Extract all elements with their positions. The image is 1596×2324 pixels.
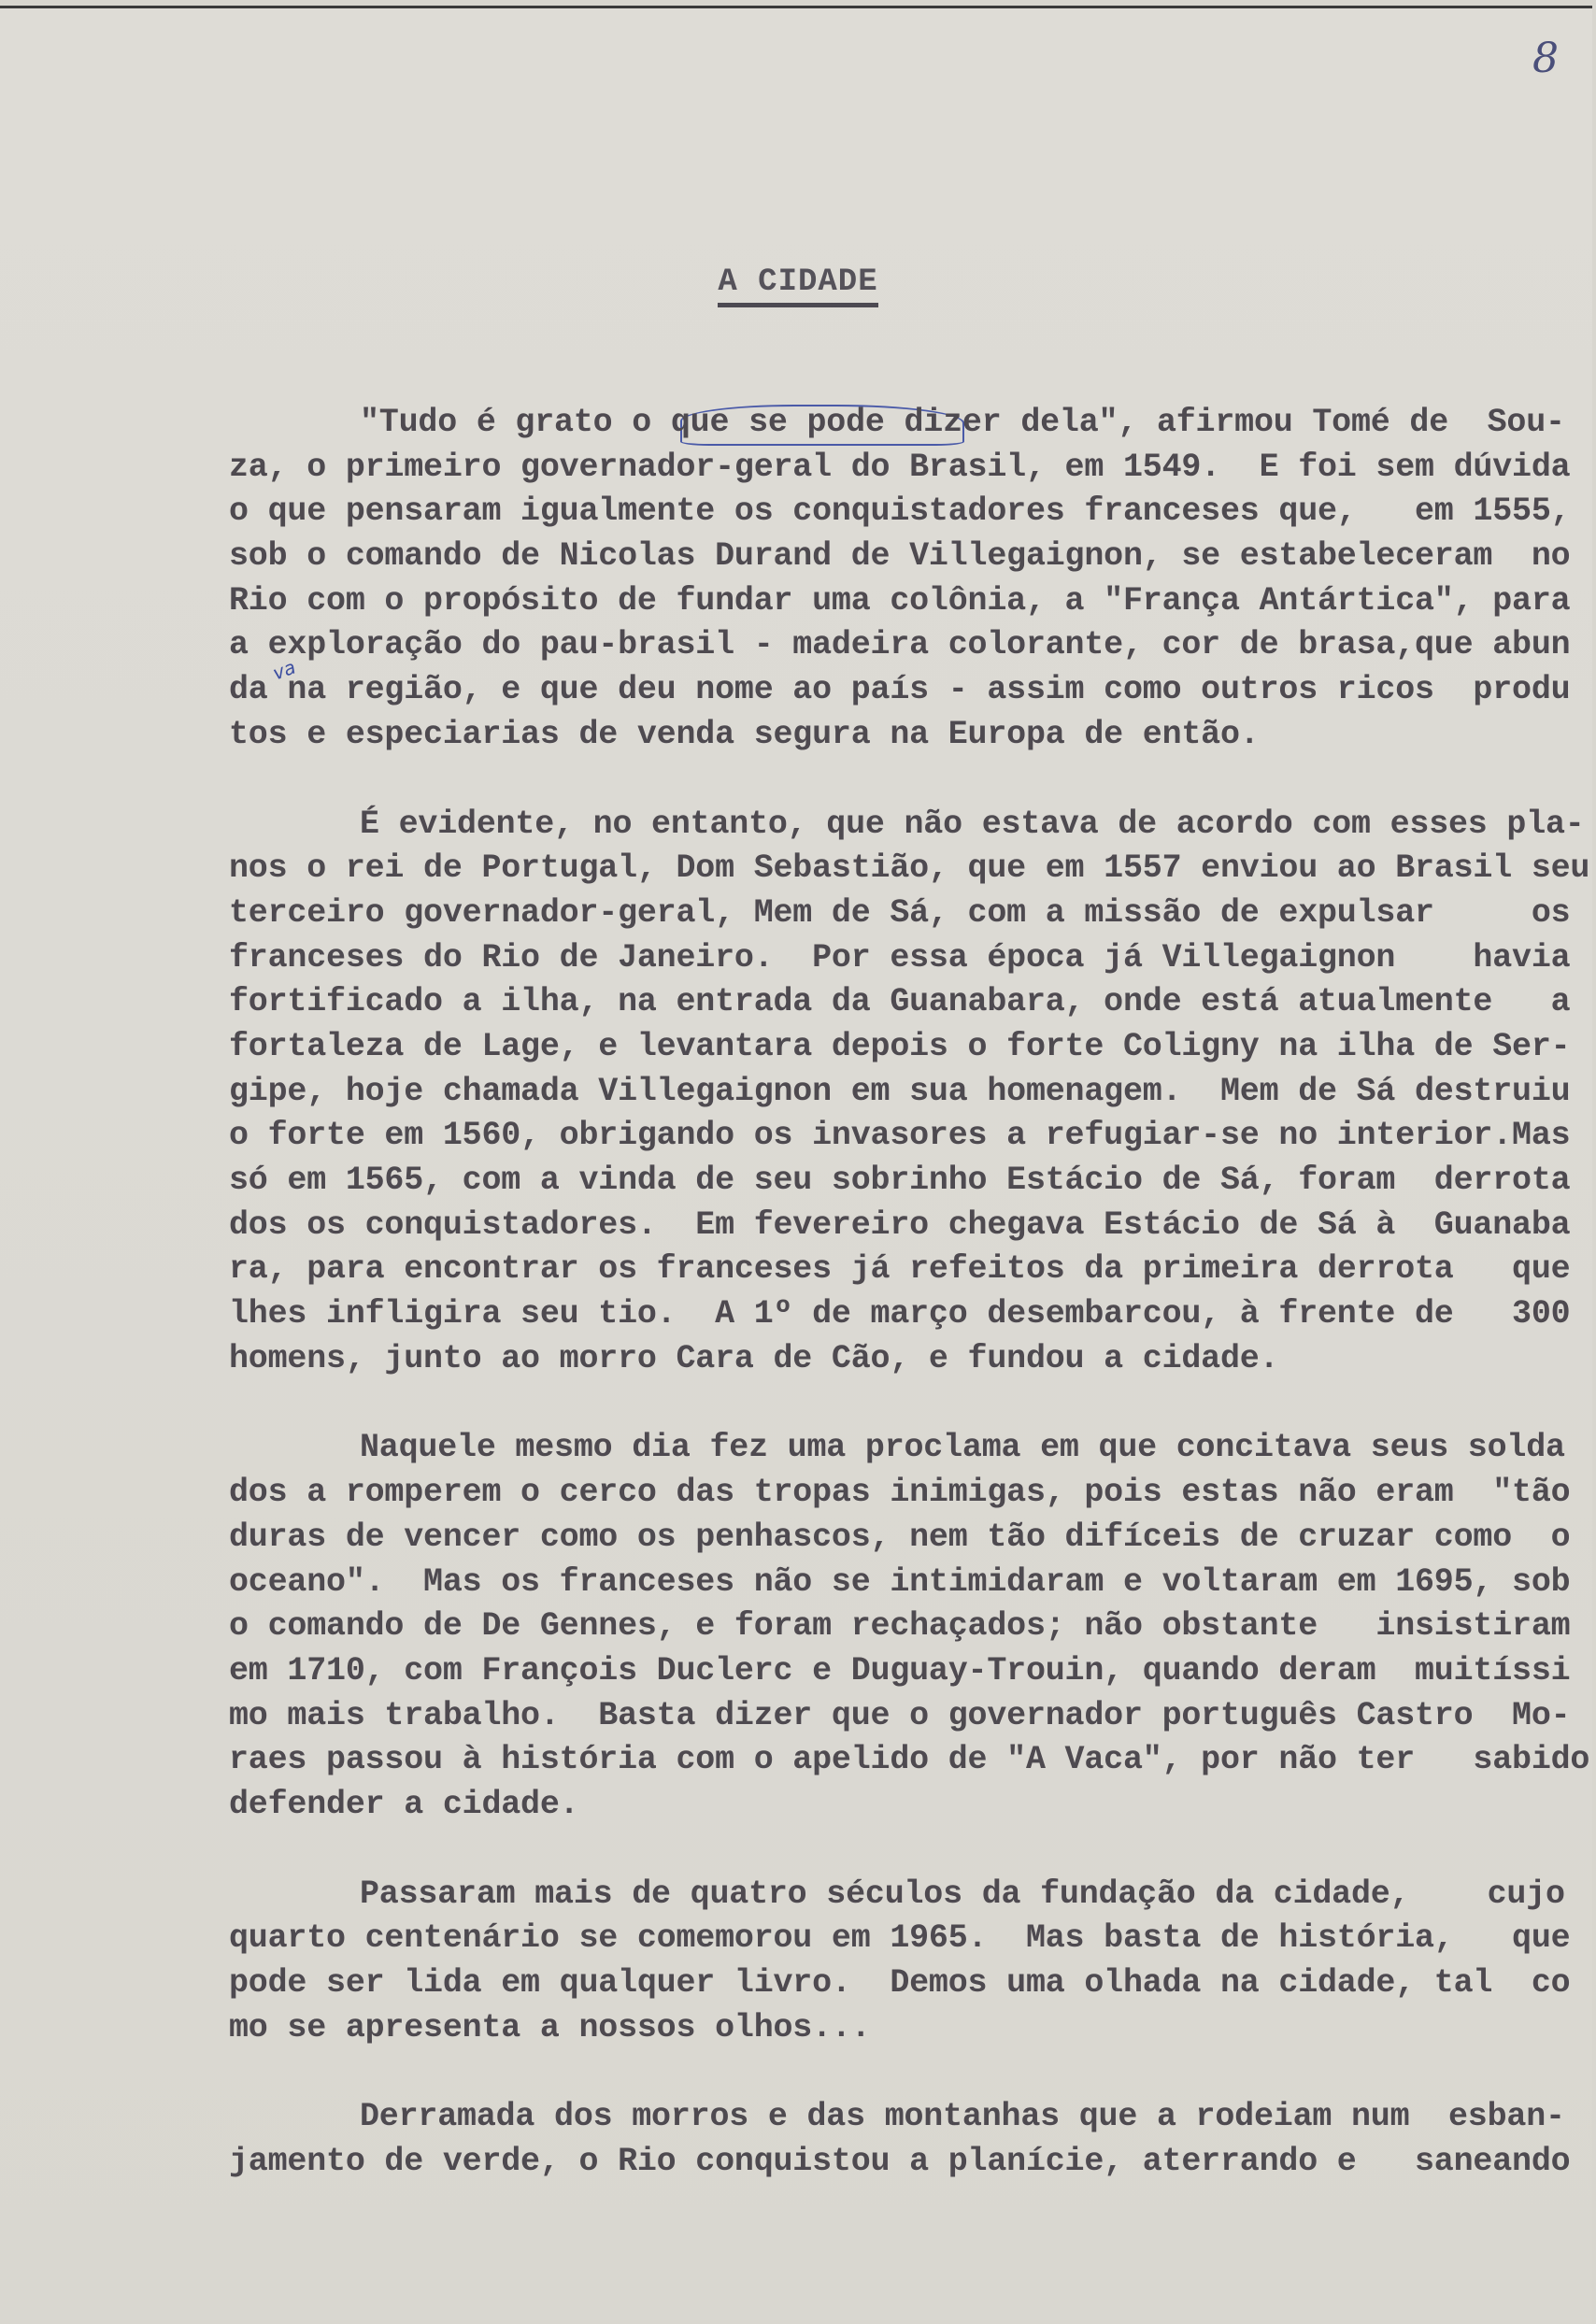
document-page: 8 A CIDADE va "Tudo é grato o que se pod… <box>0 6 1592 2323</box>
text-line: homens, junto ao morro Cara de Cão, e fu… <box>229 1337 1518 1382</box>
text-line: Passaram mais de quatro séculos da funda… <box>229 1873 1518 1918</box>
text-line: gipe, hoje chamada Villegaignon em sua h… <box>229 1070 1518 1115</box>
paragraph-3: Naquele mesmo dia fez uma proclama em qu… <box>229 1426 1518 1827</box>
text-line: tos e especiarias de venda segura na Eur… <box>229 713 1518 758</box>
text-line: em 1710, com François Duclerc e Duguay-T… <box>229 1649 1518 1694</box>
text-line: defender a cidade. <box>229 1783 1518 1828</box>
text-line: mo mais trabalho. Basta dizer que o gove… <box>229 1694 1518 1739</box>
text-line: fortaleza de Lage, e levantara depois o … <box>229 1025 1518 1070</box>
text-line: jamento de verde, o Rio conquistou a pla… <box>229 2140 1518 2185</box>
paragraph-1: "Tudo é grato o que se pode dizer dela",… <box>229 401 1518 758</box>
text-line: dos os conquistadores. Em fevereiro cheg… <box>229 1204 1518 1248</box>
text-line: a exploração do pau-brasil - madeira col… <box>229 623 1518 668</box>
paragraph-4: Passaram mais de quatro séculos da funda… <box>229 1873 1518 2051</box>
page-title: A CIDADE <box>0 264 1596 300</box>
document-body: "Tudo é grato o que se pode dizer dela",… <box>229 401 1518 2230</box>
text-line: oceano". Mas os franceses não se intimid… <box>229 1561 1518 1605</box>
text-line: da na região, e que deu nome ao país - a… <box>229 668 1518 713</box>
text-line: Derramada dos morros e das montanhas que… <box>229 2095 1518 2140</box>
text-line: Naquele mesmo dia fez uma proclama em qu… <box>229 1426 1518 1471</box>
text-line: mo se apresenta a nossos olhos... <box>229 2006 1518 2051</box>
text-line: quarto centenário se comemorou em 1965. … <box>229 1917 1518 1961</box>
paragraph-5: Derramada dos morros e das montanhas que… <box>229 2095 1518 2184</box>
text-line: É evidente, no entanto, que não estava d… <box>229 803 1518 848</box>
text-line: franceses do Rio de Janeiro. Por essa ép… <box>229 936 1518 981</box>
paragraph-2: É evidente, no entanto, que não estava d… <box>229 803 1518 1382</box>
text-line: fortificado a ilha, na entrada da Guanab… <box>229 980 1518 1025</box>
text-line: só em 1565, com a vinda de seu sobrinho … <box>229 1159 1518 1204</box>
text-line: duras de vencer como os penhascos, nem t… <box>229 1516 1518 1561</box>
text-line: Rio com o propósito de fundar uma colôni… <box>229 579 1518 624</box>
text-line: o que pensaram igualmente os conquistado… <box>229 490 1518 535</box>
text-line: raes passou à história com o apelido de … <box>229 1738 1518 1783</box>
text-line: o forte em 1560, obrigando os invasores … <box>229 1114 1518 1159</box>
text-line: dos a romperem o cerco das tropas inimig… <box>229 1471 1518 1516</box>
title-text: A CIDADE <box>718 264 877 307</box>
text-line: terceiro governador-geral, Mem de Sá, co… <box>229 891 1518 936</box>
text-line: za, o primeiro governador-geral do Brasi… <box>229 446 1518 491</box>
text-line: o comando de De Gennes, e foram rechaçad… <box>229 1604 1518 1649</box>
text-line: lhes infligira seu tio. A 1º de março de… <box>229 1292 1518 1337</box>
text-line: nos o rei de Portugal, Dom Sebastião, qu… <box>229 847 1518 891</box>
page-number: 8 <box>1532 35 1559 82</box>
text-line: ra, para encontrar os franceses já refei… <box>229 1248 1518 1292</box>
text-line: "Tudo é grato o que se pode dizer dela",… <box>229 401 1518 446</box>
text-line: pode ser lida em qualquer livro. Demos u… <box>229 1961 1518 2006</box>
text-line: sob o comando de Nicolas Durand de Ville… <box>229 535 1518 579</box>
